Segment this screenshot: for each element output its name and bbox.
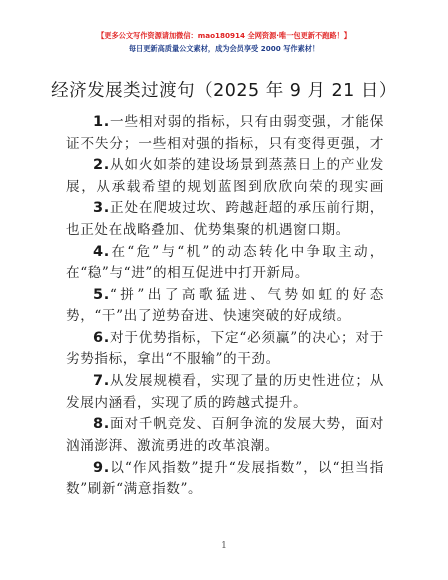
item-text: 从如火如荼的建设场景到蒸蒸日上的产业发展，从承载希望的规划蓝图到欣欣向荣的现实画… (66, 157, 384, 198)
list-item: 1.一些相对弱的指标，只有由弱变强，才能保证不失分；一些相对强的指标，只有变得更… (66, 112, 384, 155)
list-item: 8.面对千帆竞发、百舸争流的发展大势，面对汹涌澎湃、激流勇进的改革浪潮。 (66, 414, 384, 457)
transition-sentence-list: 1.一些相对弱的指标，只有由弱变强，才能保证不失分；一些相对强的指标，只有变得更… (66, 112, 384, 501)
list-item: 5.“拼”出了高歌猛进、气势如虹的好态势，“干”出了逆势奋进、快速突破的好成绩。 (66, 285, 384, 328)
promo-banner: 【更多公文写作资源请加微信：mao180914 全网资源·唯一包更新不跑路！】 … (0, 30, 448, 55)
page-number: 1 (0, 541, 448, 551)
item-text: 从发展规模看，实现了量的历史性进位；从发展内涵看，实现了质的跨越式提升。 (66, 373, 384, 411)
document-page: 【更多公文写作资源请加微信：mao180914 全网资源·唯一包更新不跑路！】 … (0, 0, 448, 580)
item-number: 3. (93, 200, 110, 216)
item-text: “拼”出了高歌猛进、气势如虹的好态势，“干”出了逆势奋进、快速突破的好成绩。 (66, 287, 384, 325)
document-title: 经济发展类过渡句（2025 年 9 月 21 日） (0, 77, 448, 102)
list-item: 2.从如火如荼的建设场景到蒸蒸日上的产业发展，从承载希望的规划蓝图到欣欣向荣的现… (66, 155, 384, 198)
item-number: 8. (93, 416, 110, 432)
item-number: 7. (93, 373, 110, 389)
item-number: 9. (93, 460, 110, 476)
item-text: 以“作风指数”提升“发展指数”，以“担当指数”刷新“满意指数”。 (66, 460, 384, 498)
item-number: 1. (93, 114, 110, 130)
item-number: 2. (93, 157, 110, 173)
item-text: 一些相对弱的指标，只有由弱变强，才能保证不失分；一些相对强的指标，只有变得更强，… (66, 114, 384, 155)
item-text: 对于优势指标，下定“必须赢”的决心；对于劣势指标，拿出“不服输”的干劲。 (66, 330, 384, 368)
item-number: 4. (93, 244, 110, 260)
item-text: 在“危”与“机”的动态转化中争取主动，在“稳”与“进”的相互促进中打开新局。 (66, 244, 384, 282)
item-text: 面对千帆竞发、百舸争流的发展大势，面对汹涌澎湃、激流勇进的改革浪潮。 (66, 416, 384, 454)
list-item: 4.在“危”与“机”的动态转化中争取主动，在“稳”与“进”的相互促进中打开新局。 (66, 242, 384, 285)
promo-banner-line-1: 【更多公文写作资源请加微信：mao180914 全网资源·唯一包更新不跑路！】 (0, 30, 448, 42)
list-item: 6.对于优势指标，下定“必须赢”的决心；对于劣势指标，拿出“不服输”的干劲。 (66, 328, 384, 371)
item-number: 5. (93, 287, 110, 303)
list-item: 7.从发展规模看，实现了量的历史性进位；从发展内涵看，实现了质的跨越式提升。 (66, 371, 384, 414)
item-text: 正处在爬坡过坎、跨越赶超的承压前行期，也正处在战略叠加、优势集聚的机遇窗口期。 (66, 200, 384, 238)
list-item: 9.以“作风指数”提升“发展指数”，以“担当指数”刷新“满意指数”。 (66, 458, 384, 501)
promo-banner-line-2: 每日更新高质量公文素材，成为会员享受 2000 写作素材！ (0, 43, 448, 55)
item-number: 6. (93, 330, 110, 346)
list-item: 3.正处在爬坡过坎、跨越赶超的承压前行期，也正处在战略叠加、优势集聚的机遇窗口期… (66, 198, 384, 241)
